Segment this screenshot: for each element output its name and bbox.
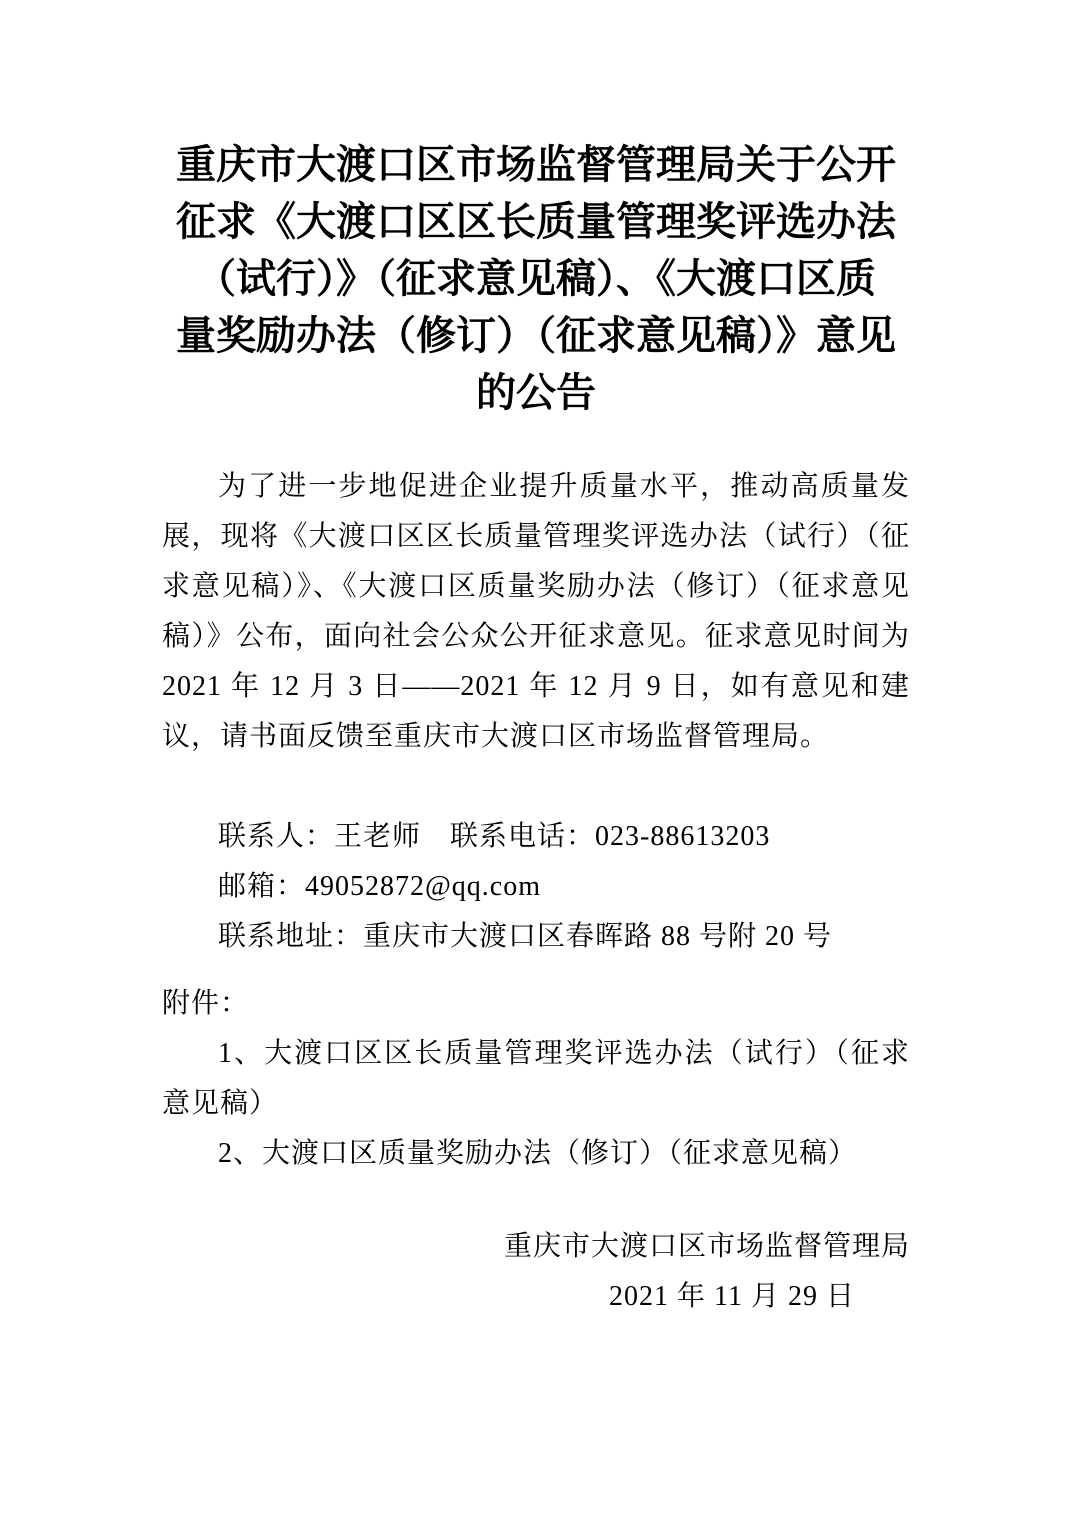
contact-person-line: 联系人：王老师 联系电话：023-88613203: [162, 812, 910, 862]
announcement-document: 重庆市大渡口区市场监督管理局关于公开 征求《大渡口区区长质量管理奖评选办法 （试…: [0, 0, 1074, 1520]
signature-department: 重庆市大渡口区市场监督管理局: [162, 1222, 910, 1272]
contact-address-line: 联系地址：重庆市大渡口区春晖路 88 号附 20 号: [162, 912, 910, 962]
document-title-line: 征求《大渡口区区长质量管理奖评选办法: [162, 193, 910, 250]
attachments-label: 附件：: [162, 979, 910, 1029]
document-title-line: 量奖励办法（修订）（征求意见稿）》意见: [162, 307, 910, 364]
attachment-item: 1、大渡口区区长质量管理奖评选办法（试行）（征求意见稿）: [162, 1029, 910, 1129]
contact-email-line: 邮箱：49052872@qq.com: [162, 862, 910, 912]
document-title-line: 的公告: [162, 364, 910, 421]
contact-section: 联系人：王老师 联系电话：023-88613203 邮箱：49052872@qq…: [162, 812, 910, 962]
body-paragraph: 为了进一步地促进企业提升质量水平，推动高质量发展，现将《大渡口区区长质量管理奖评…: [162, 462, 910, 762]
attachments-section: 附件： 1、大渡口区区长质量管理奖评选办法（试行）（征求意见稿） 2、大渡口区质…: [162, 979, 910, 1179]
document-title-line: 重庆市大渡口区市场监督管理局关于公开: [162, 136, 910, 193]
attachment-item: 2、大渡口区质量奖励办法（修订）（征求意见稿）: [162, 1129, 910, 1179]
document-title: 重庆市大渡口区市场监督管理局关于公开 征求《大渡口区区长质量管理奖评选办法 （试…: [162, 136, 910, 421]
signature-date: 2021 年 11 月 29 日: [162, 1272, 910, 1322]
signature-section: 重庆市大渡口区市场监督管理局 2021 年 11 月 29 日: [162, 1222, 910, 1322]
document-title-line: （试行）》（征求意见稿）、《大渡口区质: [162, 250, 910, 307]
